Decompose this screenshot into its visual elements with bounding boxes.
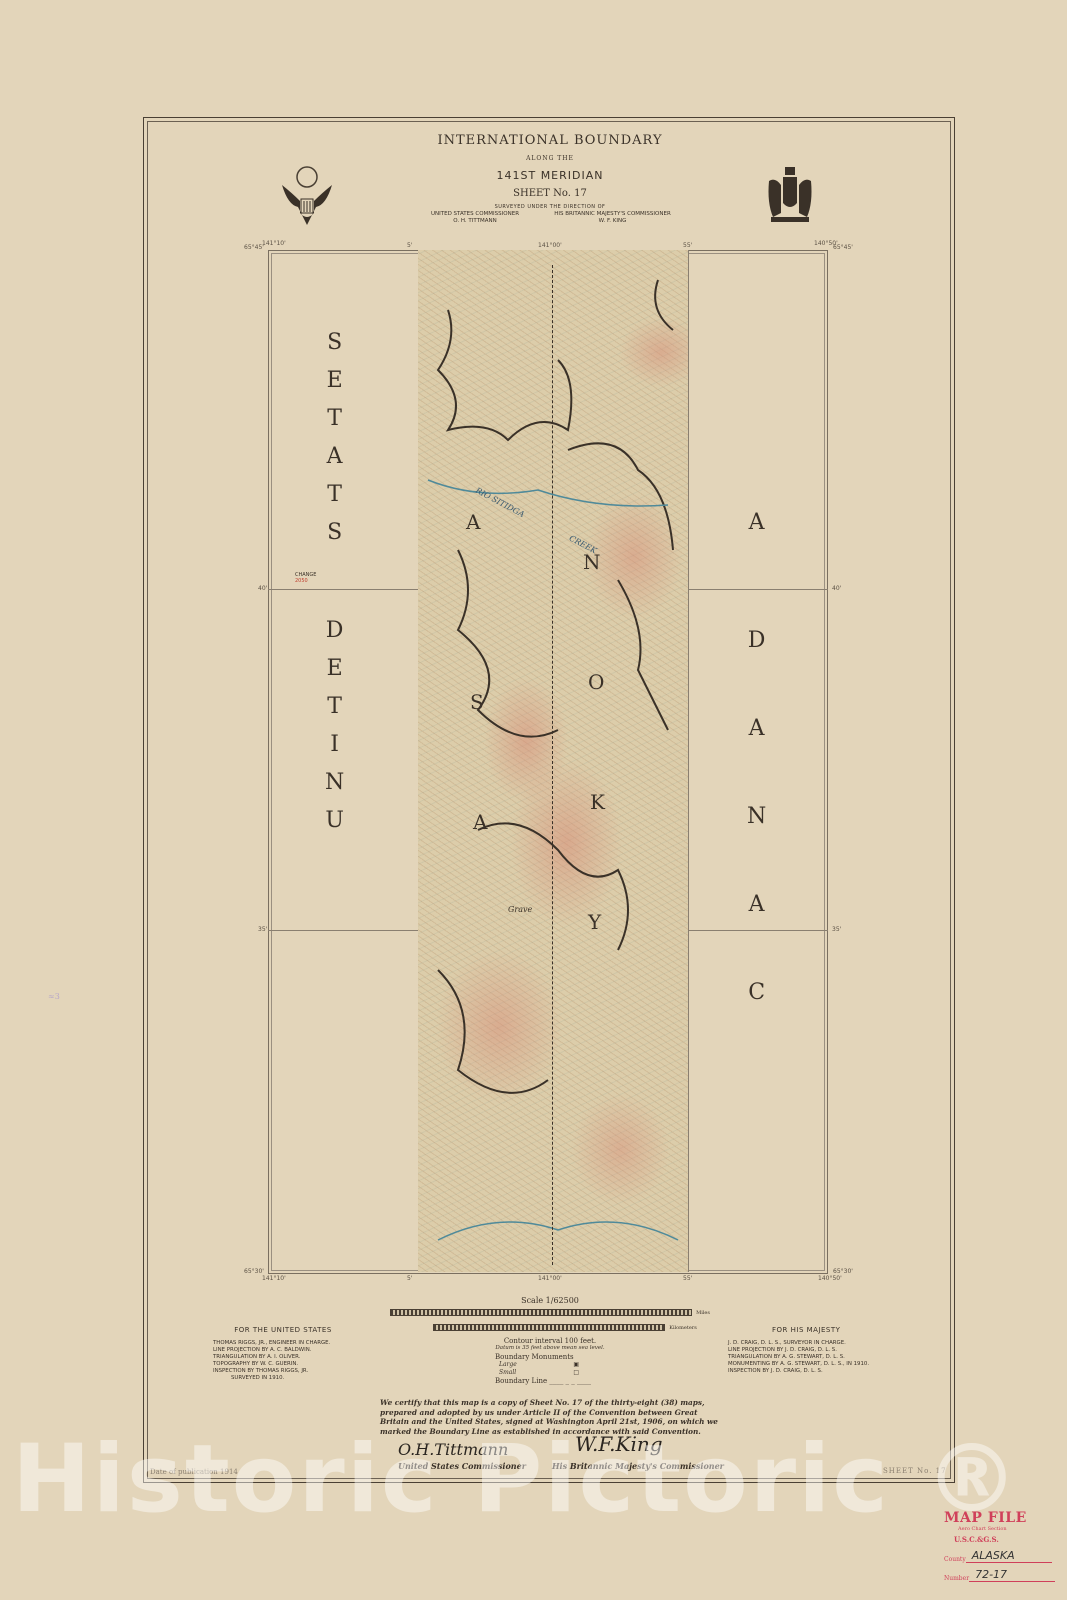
legend: Boundary Monuments Large▣ Small□ Boundar… [495,1353,591,1385]
map-file-stamp: MAP FILE Aero Chart Section U.S.C.&G.S. … [944,1510,1055,1582]
credits-us-heading: FOR THE UNITED STATES [213,1327,353,1334]
credits-uk: FOR HIS MAJESTY J. D. CRAIG, D. L. S., S… [728,1327,888,1375]
coord-bottom-center: 141°00' [538,1275,562,1282]
boundary-line-141 [552,265,553,1265]
coord-top-5: 5' [407,242,412,249]
coord-bottom-right-lon: 140°50' [818,1275,842,1282]
title-block: INTERNATIONAL BOUNDARY ALONG THE 141ST M… [0,133,1067,210]
us-commissioner-name: O. H. TITTMANN [420,218,530,225]
coord-top-left-lon: 141°10' [262,240,286,247]
miles-unit: Miles [696,1310,710,1316]
coord-right-35: 35' [832,926,841,933]
scale-block: Scale 1/62500 Miles Kilometers Contour i… [380,1296,720,1351]
label-canada: ADANAC [747,510,766,1018]
coord-top-55: 55' [683,242,692,249]
label-united-states: SETATS DETINU [325,330,344,846]
stamp-section: Aero Chart Section [958,1526,1055,1532]
uk-commissioner-name: W. F. KING [545,218,680,225]
credits-us-line: INSPECTION BY THOMAS RIGGS, JR. [213,1368,353,1375]
coord-bottom-55: 55' [683,1275,692,1282]
uk-commissioner-title: HIS BRITANNIC MAJESTY'S COMMISSIONER [545,211,680,218]
coord-left-35: 35' [258,926,267,933]
title-surveyed-under: SURVEYED UNDER THE DIRECTION OF [0,204,1067,210]
strip-letter-o: O [588,670,604,694]
credits-uk-line: INSPECTION BY J. D. CRAIG, D. L. S. [728,1368,888,1375]
title-line-1: INTERNATIONAL BOUNDARY [0,133,1067,148]
coord-top-left-lat: 65°45' [244,244,264,251]
place-label: Grave [508,905,532,914]
legend-small: Small [499,1369,516,1377]
miles-scalebar [390,1309,692,1316]
coord-bottom-right-lat: 65°30' [833,1268,853,1275]
credits-us: FOR THE UNITED STATES THOMAS RIGGS, JR.,… [213,1327,353,1382]
station-marker: CHANGE 2050 [295,572,316,584]
legend-large: Large [499,1361,517,1369]
strip-letter-a2: A [473,810,487,834]
coord-top-right-lat: 65°45' [833,244,853,251]
pencil-mark: ≈3 [48,992,60,1001]
stamp-number-label: Number [944,1575,969,1582]
british-coat-of-arms-icon [765,163,815,225]
km-scalebar [433,1324,665,1331]
contour-interval: Contour interval 100 feet. [380,1337,720,1345]
legend-large-symbol-icon: ▣ [573,1361,579,1369]
strip-letter-n: N [583,550,601,574]
legend-title: Boundary Monuments [495,1353,591,1361]
credits-us-line: LINE PROJECTION BY A. C. BALDWIN. [213,1347,353,1354]
legend-line-label: Boundary Line [495,1377,547,1385]
coord-bottom-left-lon: 141°10' [262,1275,286,1282]
stamp-number-value: 72-17 [969,1568,1055,1582]
watermark: Historic Pictoric ® [12,1425,1021,1534]
strip-letter-s: S [470,690,484,714]
credits-us-line: TRIANGULATION BY A. I. OLIVER. [213,1354,353,1361]
credits-uk-line: TRIANGULATION BY A. G. STEWART, D. L. S. [728,1354,888,1361]
credits-us-line: SURVEYED IN 1910. [213,1375,353,1382]
strip-letter-y: Y [588,910,601,934]
us-eagle-seal-icon [278,165,336,227]
coord-bottom-5: 5' [407,1275,412,1282]
strip-letter-k: K [590,790,605,814]
station-elevation: 2050 [295,578,316,584]
meridian-55 [688,250,689,1272]
credits-us-line: TOPOGRAPHY BY W. C. GUERIN. [213,1361,353,1368]
coord-left-40: 40' [258,585,267,592]
stamp-agency: U.S.C.&G.S. [954,1535,1055,1544]
legend-line-symbol-icon: ____ _ _ ____ [549,1377,591,1385]
topographic-strip: RIO SITIDGA CREEK Grave A S A N O K Y [418,250,688,1272]
strip-letter-a1: A [466,510,480,534]
us-commissioner-block: UNITED STATES COMMISSIONER O. H. TITTMAN… [420,211,530,225]
contour-lines-icon [418,250,688,1272]
coord-top-center: 141°00' [538,242,562,249]
legend-small-symbol-icon: □ [573,1369,579,1377]
title-line-2: ALONG THE [0,155,1067,162]
stamp-county-value: ALASKA [966,1549,1052,1563]
coord-bottom-left-lat: 65°30' [244,1268,264,1275]
title-sheet-number: SHEET No. 17 [0,188,1067,199]
km-unit: Kilometers [669,1325,697,1331]
uk-commissioner-block: HIS BRITANNIC MAJESTY'S COMMISSIONER W. … [545,211,680,225]
credits-us-line: THOMAS RIGGS, JR., ENGINEER IN CHARGE. [213,1340,353,1347]
stamp-county-label: County [944,1556,966,1563]
credits-uk-line: MONUMENTING BY A. G. STEWART, D. L. S., … [728,1361,888,1368]
datum-note: Datum is 35 feet above mean sea level. [380,1345,720,1351]
us-commissioner-title: UNITED STATES COMMISSIONER [420,211,530,218]
stamp-title: MAP FILE [944,1510,1055,1526]
scale-title: Scale 1/62500 [380,1296,720,1305]
coord-right-40: 40' [832,585,841,592]
credits-uk-line: J. D. CRAIG, D. L. S., SURVEYOR IN CHARG… [728,1340,888,1347]
credits-uk-line: LINE PROJECTION BY J. D. CRAIG, D. L. S. [728,1347,888,1354]
credits-uk-heading: FOR HIS MAJESTY [728,1327,888,1334]
title-meridian: 141ST MERIDIAN [0,169,1067,182]
